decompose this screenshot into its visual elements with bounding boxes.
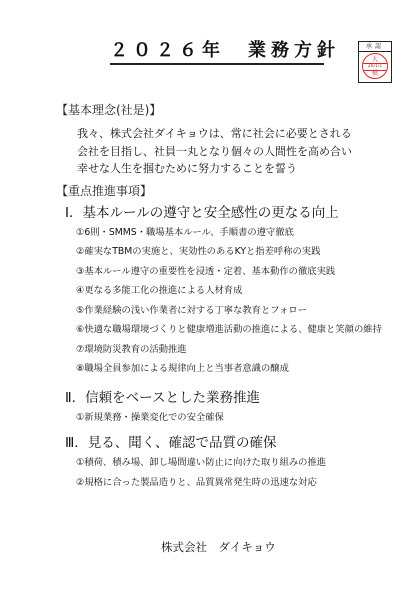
list-item: ②規格に合った製品造りと、品質異常発生時の迅速な対応 <box>76 477 317 489</box>
seal-top-text: 大 <box>363 56 387 63</box>
approval-stamp-box: 承認 大 26/1/1 橋 <box>358 41 392 83</box>
approval-header: 承認 <box>359 42 391 52</box>
company-name: 株式会社 ダイキョウ <box>161 540 276 554</box>
philosophy-line: 我々、株式会社ダイキョウは、常に社会に必要とされる <box>77 127 352 141</box>
list-item: ④更なる多能工化の推進による人材育成 <box>76 285 242 297</box>
list-item: ①新規業務・操業変化での安全確保 <box>76 412 224 424</box>
section-title-2: Ⅱ．信頼をベースとした業務推進 <box>65 390 260 406</box>
list-item: ⑤作業経験の浅い作業者に対する丁寧な教育とフォロー <box>76 305 307 317</box>
section-title-3: Ⅲ．見る、聞く、確認で品質の確保 <box>65 435 277 451</box>
priorities-heading: 【重点推進事項】 <box>56 184 152 198</box>
philosophy-line: 会社を目指し、社員一丸となり個々の人間性を高め合い <box>77 145 352 159</box>
document-title: ２０２６年 業務方針 <box>110 40 324 65</box>
philosophy-heading: 【基本理念(社是)】 <box>56 103 161 117</box>
list-item: ⑥快適な職場環境づくりと健康増進活動の推進による、健康と笑顔の維持 <box>76 324 382 336</box>
seal-bottom-text: 橋 <box>363 70 387 77</box>
list-item: ②確実なTBMの実施と、実効性のあるKYと指差呼称の実践 <box>76 246 320 258</box>
philosophy-line: 幸せな人生を掴むために努力することを誓う <box>77 162 297 176</box>
list-item: ⑦環境防災教育の活動推進 <box>76 344 187 356</box>
list-item: ①積荷、積み場、卸し場間違い防止に向けた取り組みの推進 <box>76 457 326 469</box>
list-item: ①6則・SMMS・職場基本ルール、手順書の遵守徹底 <box>76 227 294 239</box>
list-item: ③基本ルール遵守の重要性を浸透・定着、基本動作の徹底実践 <box>76 266 335 278</box>
list-item: ⑧職場全員参加による規律向上と当事者意識の醸成 <box>76 363 289 375</box>
seal-stamp-icon: 大 26/1/1 橋 <box>362 53 388 79</box>
section-title-1: Ⅰ．基本ルールの遵守と安全感性の更なる向上 <box>65 205 339 221</box>
